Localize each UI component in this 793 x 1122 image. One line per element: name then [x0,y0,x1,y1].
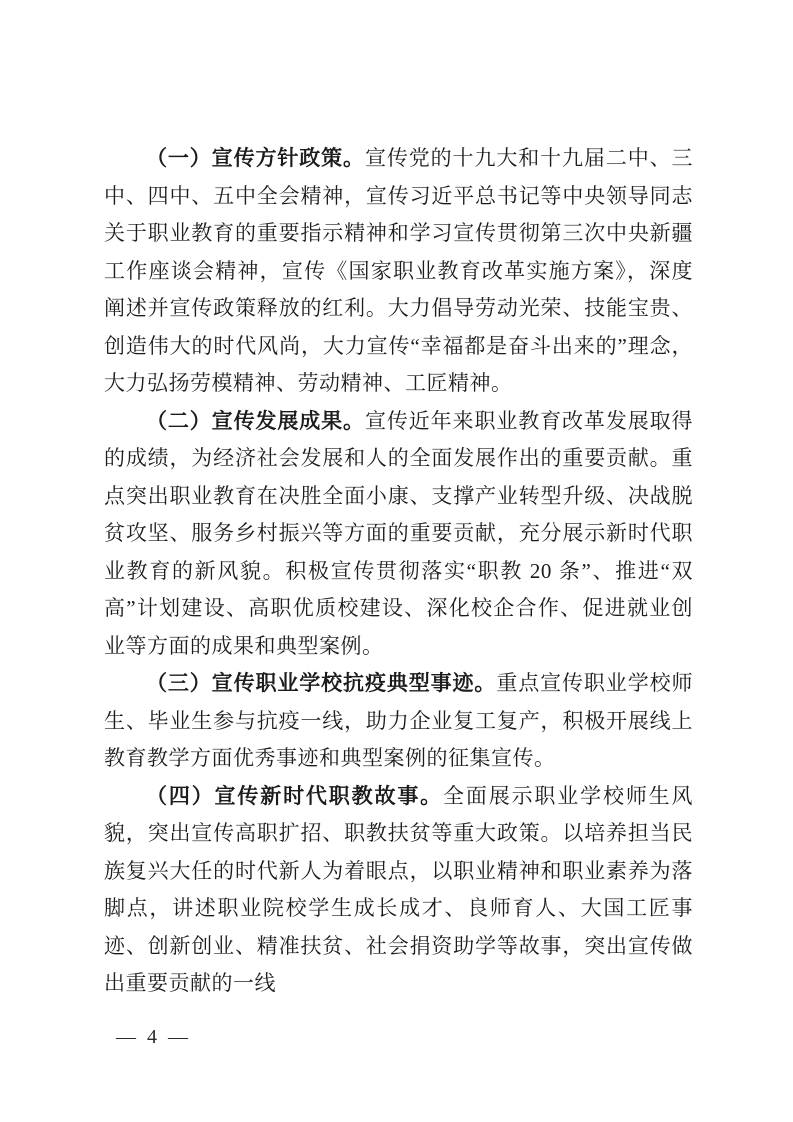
paragraph-3: （三）宣传职业学校抗疫典型事迹。重点宣传职业学校师生、毕业生参与抗疫一线，助力企… [104,665,693,778]
paragraph-1-text: 宣传党的十九大和十九届二中、三中、四中、五中全会精神，宣传习近平总书记等中央领导… [104,146,693,395]
paragraph-1: （一）宣传方针政策。宣传党的十九大和十九届二中、三中、四中、五中全会精神，宣传习… [104,140,693,403]
paragraph-3-heading: （三）宣传职业学校抗疫典型事迹。 [146,671,496,695]
document-body: （一）宣传方针政策。宣传党的十九大和十九届二中、三中、四中、五中全会精神，宣传习… [104,140,693,1003]
paragraph-2-text: 宣传近年来职业教育改革发展取得的成绩，为经济社会发展和人的全面发展作出的重要贡献… [104,409,693,658]
paragraph-4-text: 全面展示职业学校师生风貌，突出宣传高职扩招、职教扶贫等重大政策。以培养担当民族复… [104,784,693,996]
paragraph-4: （四）宣传新时代职教故事。全面展示职业学校师生风貌，突出宣传高职扩招、职教扶贫等… [104,778,693,1003]
page-number: — 4 — [116,1026,191,1049]
paragraph-2-heading: （二）宣传发展成果。 [146,409,365,433]
paragraph-4-heading: （四）宣传新时代职教故事。 [146,784,443,808]
document-page: （一）宣传方针政策。宣传党的十九大和十九届二中、三中、四中、五中全会精神，宣传习… [0,0,793,1122]
paragraph-1-heading: （一）宣传方针政策。 [146,146,365,170]
paragraph-2: （二）宣传发展成果。宣传近年来职业教育改革发展取得的成绩，为经济社会发展和人的全… [104,403,693,666]
